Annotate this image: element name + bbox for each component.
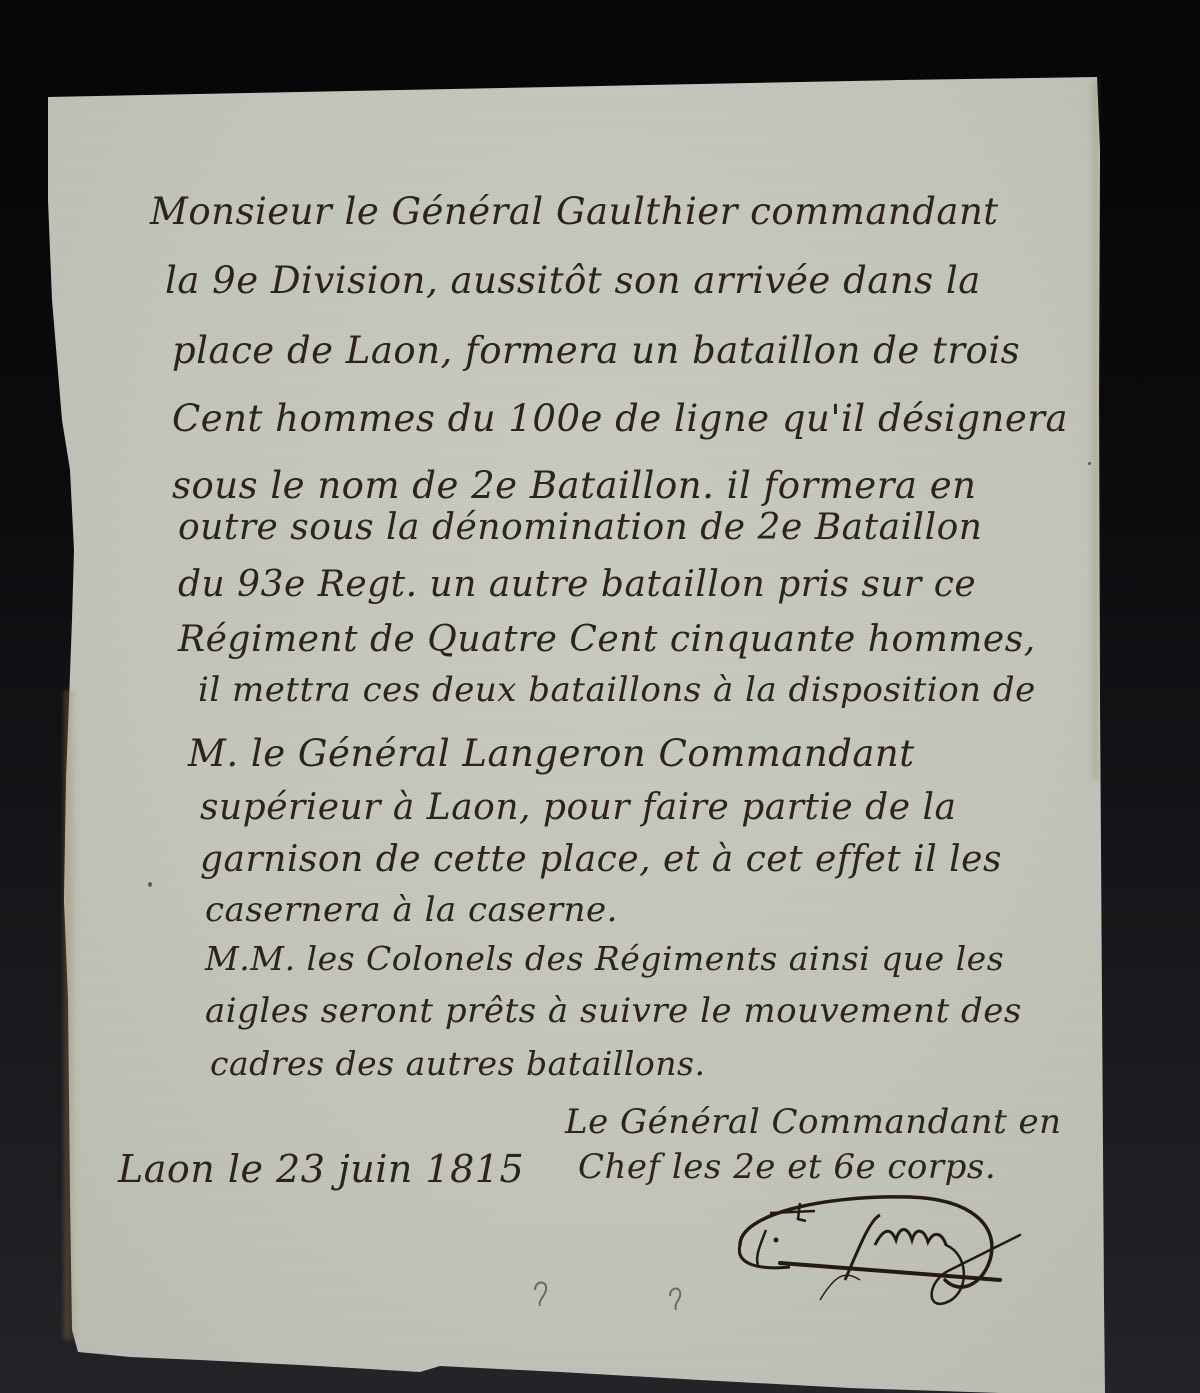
signature-flourish: Cte Reille: [720, 1185, 1040, 1325]
body-line-3: place de Laon, formera un bataillon de t…: [172, 332, 1020, 369]
body-line-14: M.M. les Colonels des Régiments ainsi qu…: [205, 942, 1004, 975]
bleed-through-marks: [520, 1268, 740, 1318]
body-line-9: il mettra ces deux bataillons à la dispo…: [198, 673, 1036, 707]
svg-text:Cte Reille: Cte Reille: [720, 1185, 725, 1186]
place-and-date: Laon le 23 juin 1815: [118, 1150, 524, 1188]
body-line-1: Monsieur le Général Gaulthier commandant: [150, 193, 999, 230]
body-line-13: casernera à la caserne.: [205, 893, 618, 927]
signatory-title-line-2: Chef les 2e et 6e corps.: [578, 1150, 996, 1184]
body-line-15: aigles seront prêts à suivre le mouvemen…: [205, 994, 1022, 1028]
ink-speck: [148, 882, 152, 887]
paper-edge-stain-left: [64, 690, 78, 1340]
body-line-2: la 9e Division, aussitôt son arrivée dan…: [165, 262, 981, 299]
signatory-title-line-1: Le Général Commandant en: [565, 1105, 1062, 1139]
body-line-11: supérieur à Laon, pour faire partie de l…: [200, 790, 956, 826]
body-line-5: sous le nom de 2e Bataillon. il formera …: [172, 467, 976, 504]
body-line-12: garnison de cette place, et à cet effet …: [200, 842, 1002, 878]
body-line-10: M. le Général Langeron Commandant: [188, 735, 915, 772]
paper-edge-stain-right: [1088, 80, 1098, 780]
body-line-16: cadres des autres bataillons.: [210, 1047, 705, 1080]
ink-speck: [1088, 462, 1091, 465]
body-line-4: Cent hommes du 100e de ligne qu'il désig…: [172, 400, 1068, 437]
body-line-8: Régiment de Quatre Cent cinquante hommes…: [178, 622, 1036, 658]
body-line-7: du 93e Regt. un autre bataillon pris sur…: [178, 567, 976, 603]
body-line-6: outre sous la dénomination de 2e Bataill…: [178, 510, 982, 546]
